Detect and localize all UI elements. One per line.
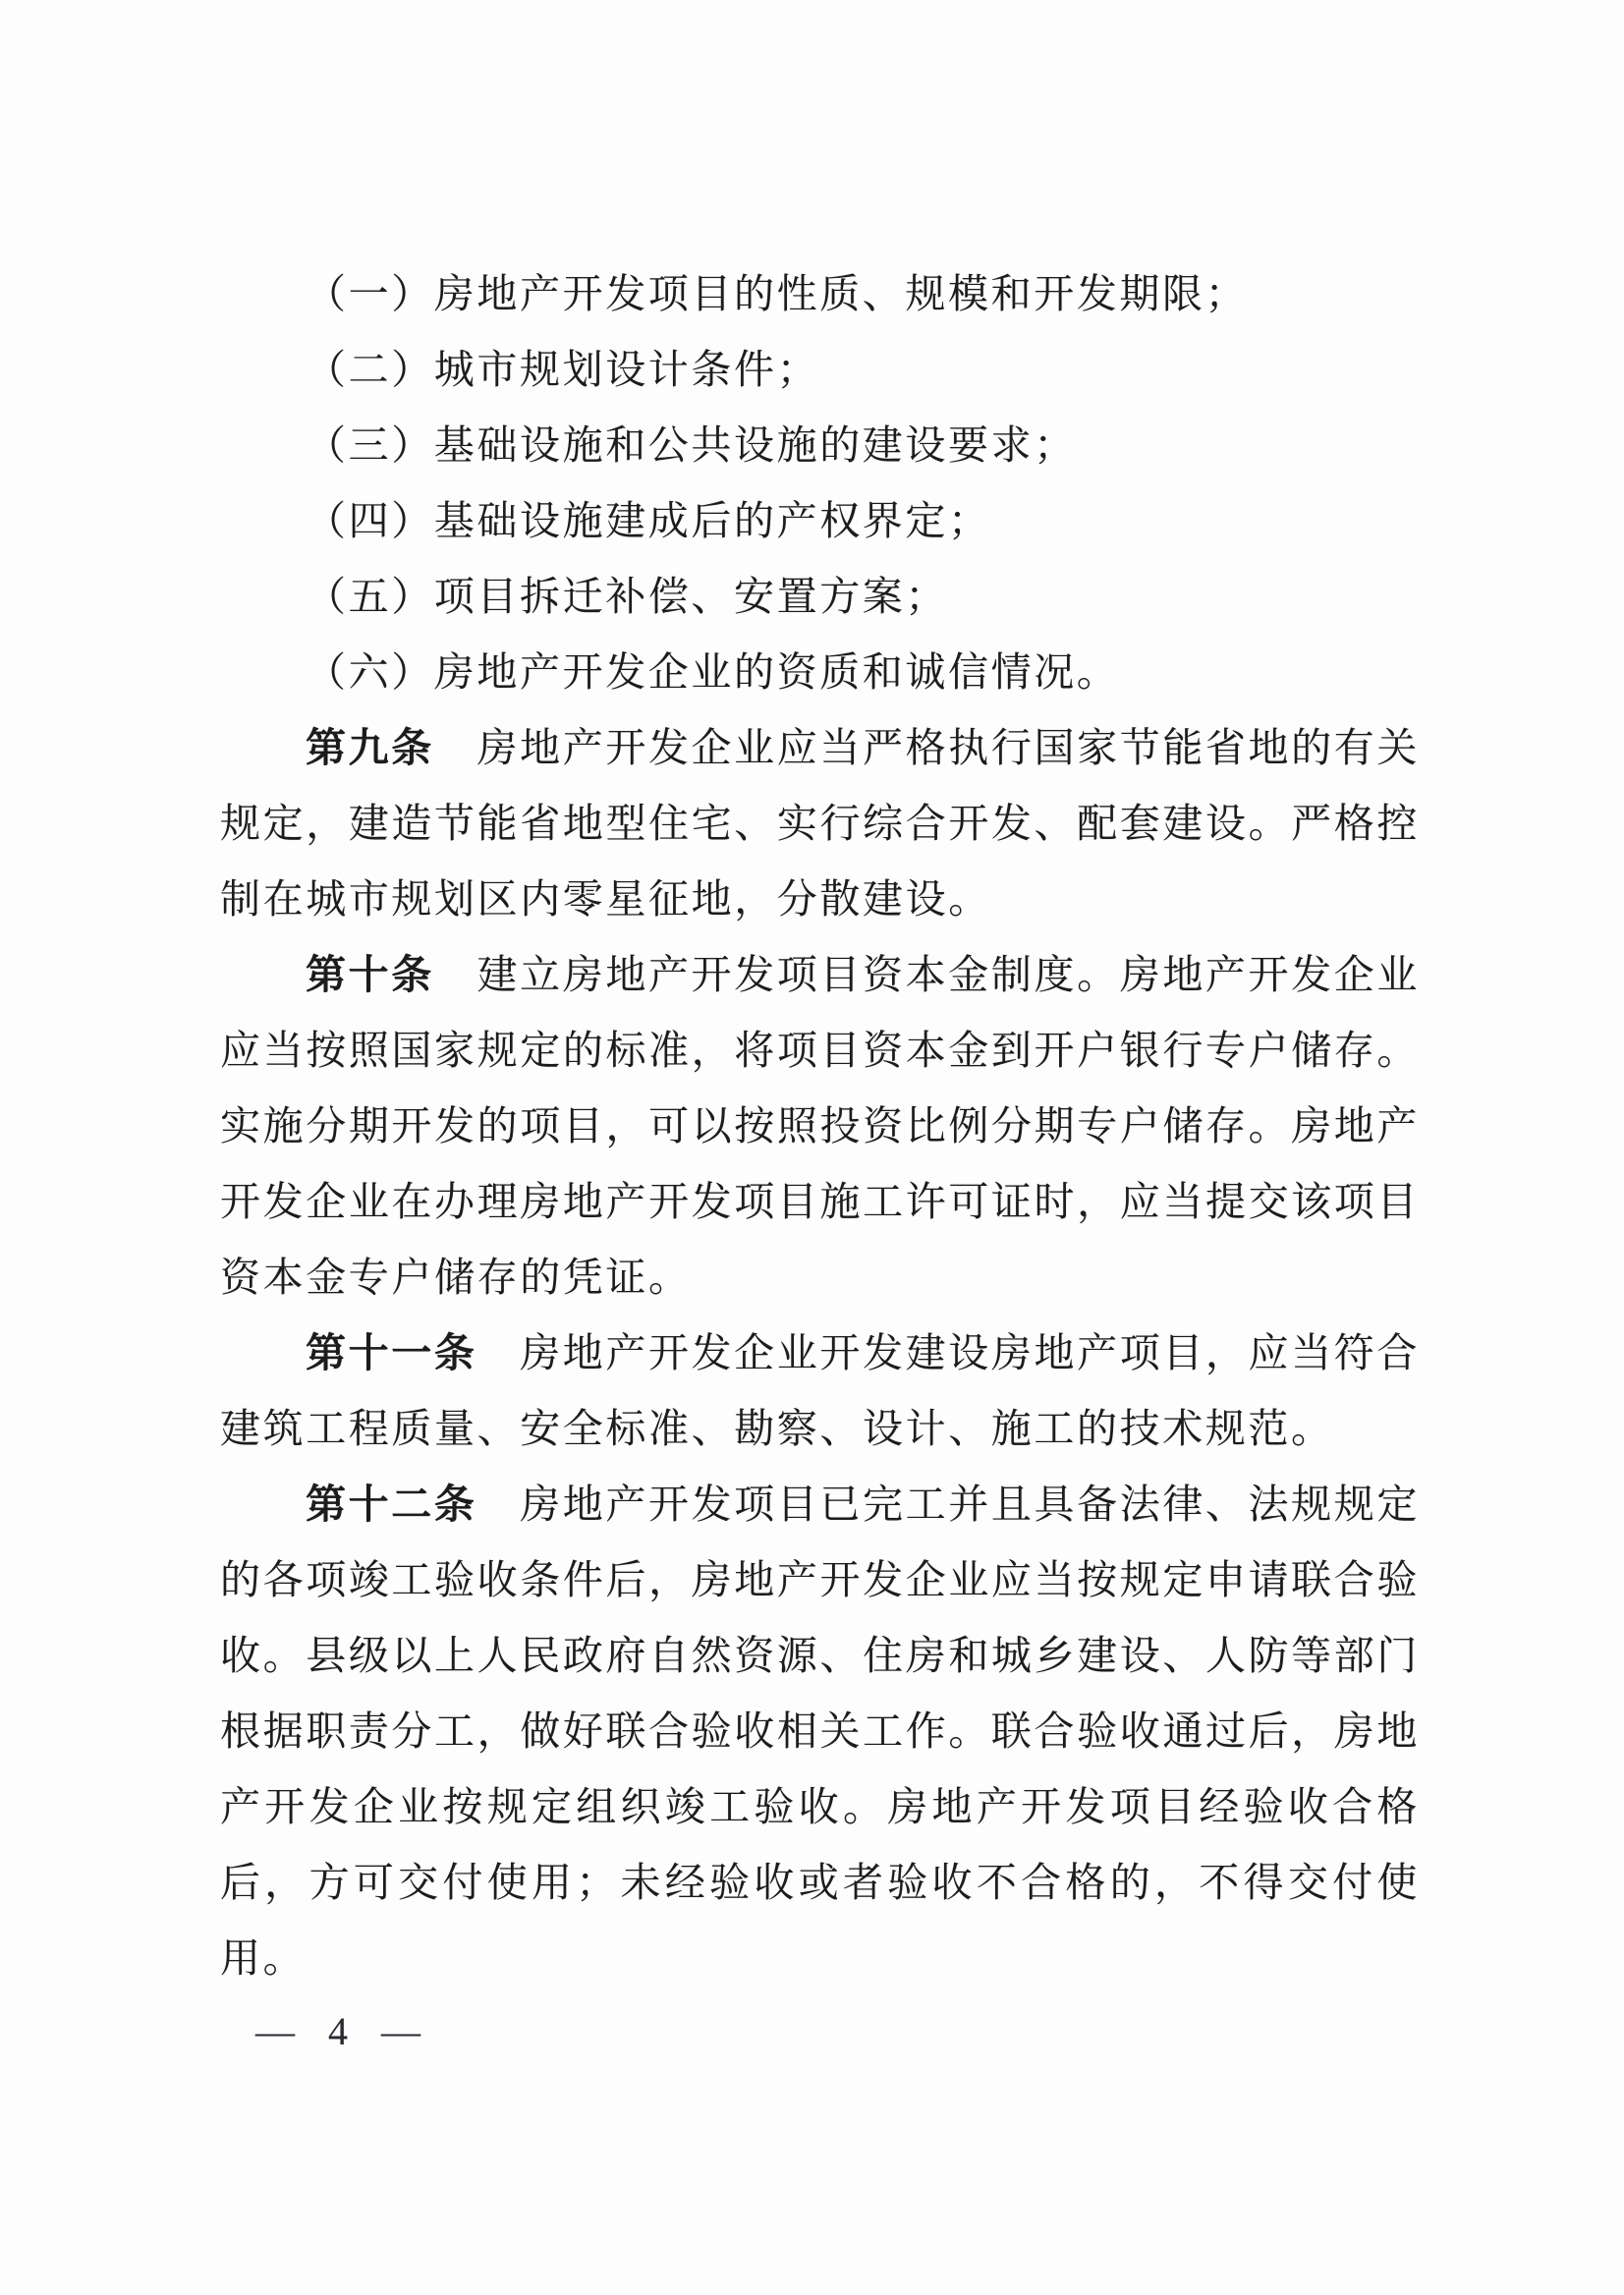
document-page: （一）房地产开发项目的性质、规模和开发期限；（二）城市规划设计条件；（三）基础设… (0, 0, 1624, 2295)
line-text: 房地产开发企业开发建设房地产项目，应当符合 (520, 1330, 1420, 1375)
line-text: 资本金专户储存的凭证。 (220, 1255, 692, 1300)
text-line: 收。县级以上人民政府自然资源、住房和城乡建设、人防等部门 (220, 1618, 1420, 1694)
text-line: 制在城市规划区内零星征地，分散建设。 (220, 862, 1420, 937)
line-text: （二）城市规划设计条件； (306, 347, 819, 392)
text-line: （四）基础设施建成后的产权界定； (220, 483, 1420, 559)
text-line: 应当按照国家规定的标准，将项目资本金到开户银行专户储存。 (220, 1013, 1420, 1089)
text-line: 建筑工程质量、安全标准、勘察、设计、施工的技术规范。 (220, 1391, 1420, 1467)
text-line: 实施分期开发的项目，可以按照投资比例分期专户储存。房地产 (220, 1089, 1420, 1164)
text-line: 根据职责分工，做好联合验收相关工作。联合验收通过后，房地 (220, 1694, 1420, 1769)
text-line: 的各项竣工验收条件后，房地产开发企业应当按规定申请联合验 (220, 1542, 1420, 1618)
text-line: 开发企业在办理房地产开发项目施工许可证时，应当提交该项目 (220, 1164, 1420, 1240)
line-text: 产开发企业按规定组织竣工验收。房地产开发项目经验收合格 (220, 1784, 1420, 1829)
text-line: 资本金专户储存的凭证。 (220, 1240, 1420, 1315)
article-line: 第十二条 房地产开发项目已完工并且具备法律、法规规定 (220, 1467, 1420, 1542)
line-text: 房地产开发项目已完工并且具备法律、法规规定 (520, 1482, 1420, 1527)
article-number: 第九条 (306, 725, 434, 770)
article-line: 第十条 建立房地产开发项目资本金制度。房地产开发企业 (220, 937, 1420, 1013)
text-line: 用。 (220, 1921, 1420, 1996)
text-line: （六）房地产开发企业的资质和诚信情况。 (220, 635, 1420, 710)
text-line: 后，方可交付使用；未经验收或者验收不合格的，不得交付使 (220, 1845, 1420, 1921)
line-text: 收。县级以上人民政府自然资源、住房和城乡建设、人防等部门 (220, 1633, 1420, 1678)
line-text: 根据职责分工，做好联合验收相关工作。联合验收通过后，房地 (220, 1708, 1420, 1754)
text-line: 产开发企业按规定组织竣工验收。房地产开发项目经验收合格 (220, 1769, 1420, 1845)
line-text: 规定，建造节能省地型住宅、实行综合开发、配套建设。严格控 (220, 801, 1420, 846)
line-text: 开发企业在办理房地产开发项目施工许可证时，应当提交该项目 (220, 1179, 1420, 1224)
line-text: （五）项目拆迁补偿、安置方案； (306, 574, 948, 619)
article-line: 第十一条 房地产开发企业开发建设房地产项目，应当符合 (220, 1315, 1420, 1391)
article-number: 第十二条 (306, 1482, 476, 1527)
line-text: 实施分期开发的项目，可以按照投资比例分期专户储存。房地产 (220, 1103, 1420, 1148)
line-text: 制在城市规划区内零星征地，分散建设。 (220, 876, 991, 922)
text-line: 规定，建造节能省地型住宅、实行综合开发、配套建设。严格控 (220, 786, 1420, 862)
line-text: 用。 (220, 1935, 306, 1981)
line-text: 的各项竣工验收条件后，房地产开发企业应当按规定申请联合验 (220, 1557, 1420, 1602)
article-number: 第十一条 (306, 1330, 476, 1375)
document-body: （一）房地产开发项目的性质、规模和开发期限；（二）城市规划设计条件；（三）基础设… (220, 256, 1420, 1996)
text-line: （五）项目拆迁补偿、安置方案； (220, 559, 1420, 635)
line-text: 房地产开发企业应当严格执行国家节能省地的有关 (476, 725, 1420, 770)
line-text: 应当按照国家规定的标准，将项目资本金到开户银行专户储存。 (220, 1028, 1420, 1073)
line-text: （三）基础设施和公共设施的建设要求； (306, 422, 1077, 468)
text-line: （一）房地产开发项目的性质、规模和开发期限； (220, 256, 1420, 332)
line-text: （一）房地产开发项目的性质、规模和开发期限； (306, 271, 1248, 316)
line-text: 建立房地产开发项目资本金制度。房地产开发企业 (476, 952, 1420, 997)
text-line: （三）基础设施和公共设施的建设要求； (220, 408, 1420, 483)
text-line: （二）城市规划设计条件； (220, 332, 1420, 408)
page-number: — 4 — (255, 1993, 422, 2069)
line-text: 后，方可交付使用；未经验收或者验收不合格的，不得交付使 (220, 1860, 1420, 1905)
line-text: （六）房地产开发企业的资质和诚信情况。 (306, 649, 1119, 695)
article-line: 第九条 房地产开发企业应当严格执行国家节能省地的有关 (220, 710, 1420, 786)
line-text: （四）基础设施建成后的产权界定； (306, 498, 991, 543)
line-text: 建筑工程质量、安全标准、勘察、设计、施工的技术规范。 (220, 1406, 1334, 1451)
article-number: 第十条 (306, 952, 434, 997)
